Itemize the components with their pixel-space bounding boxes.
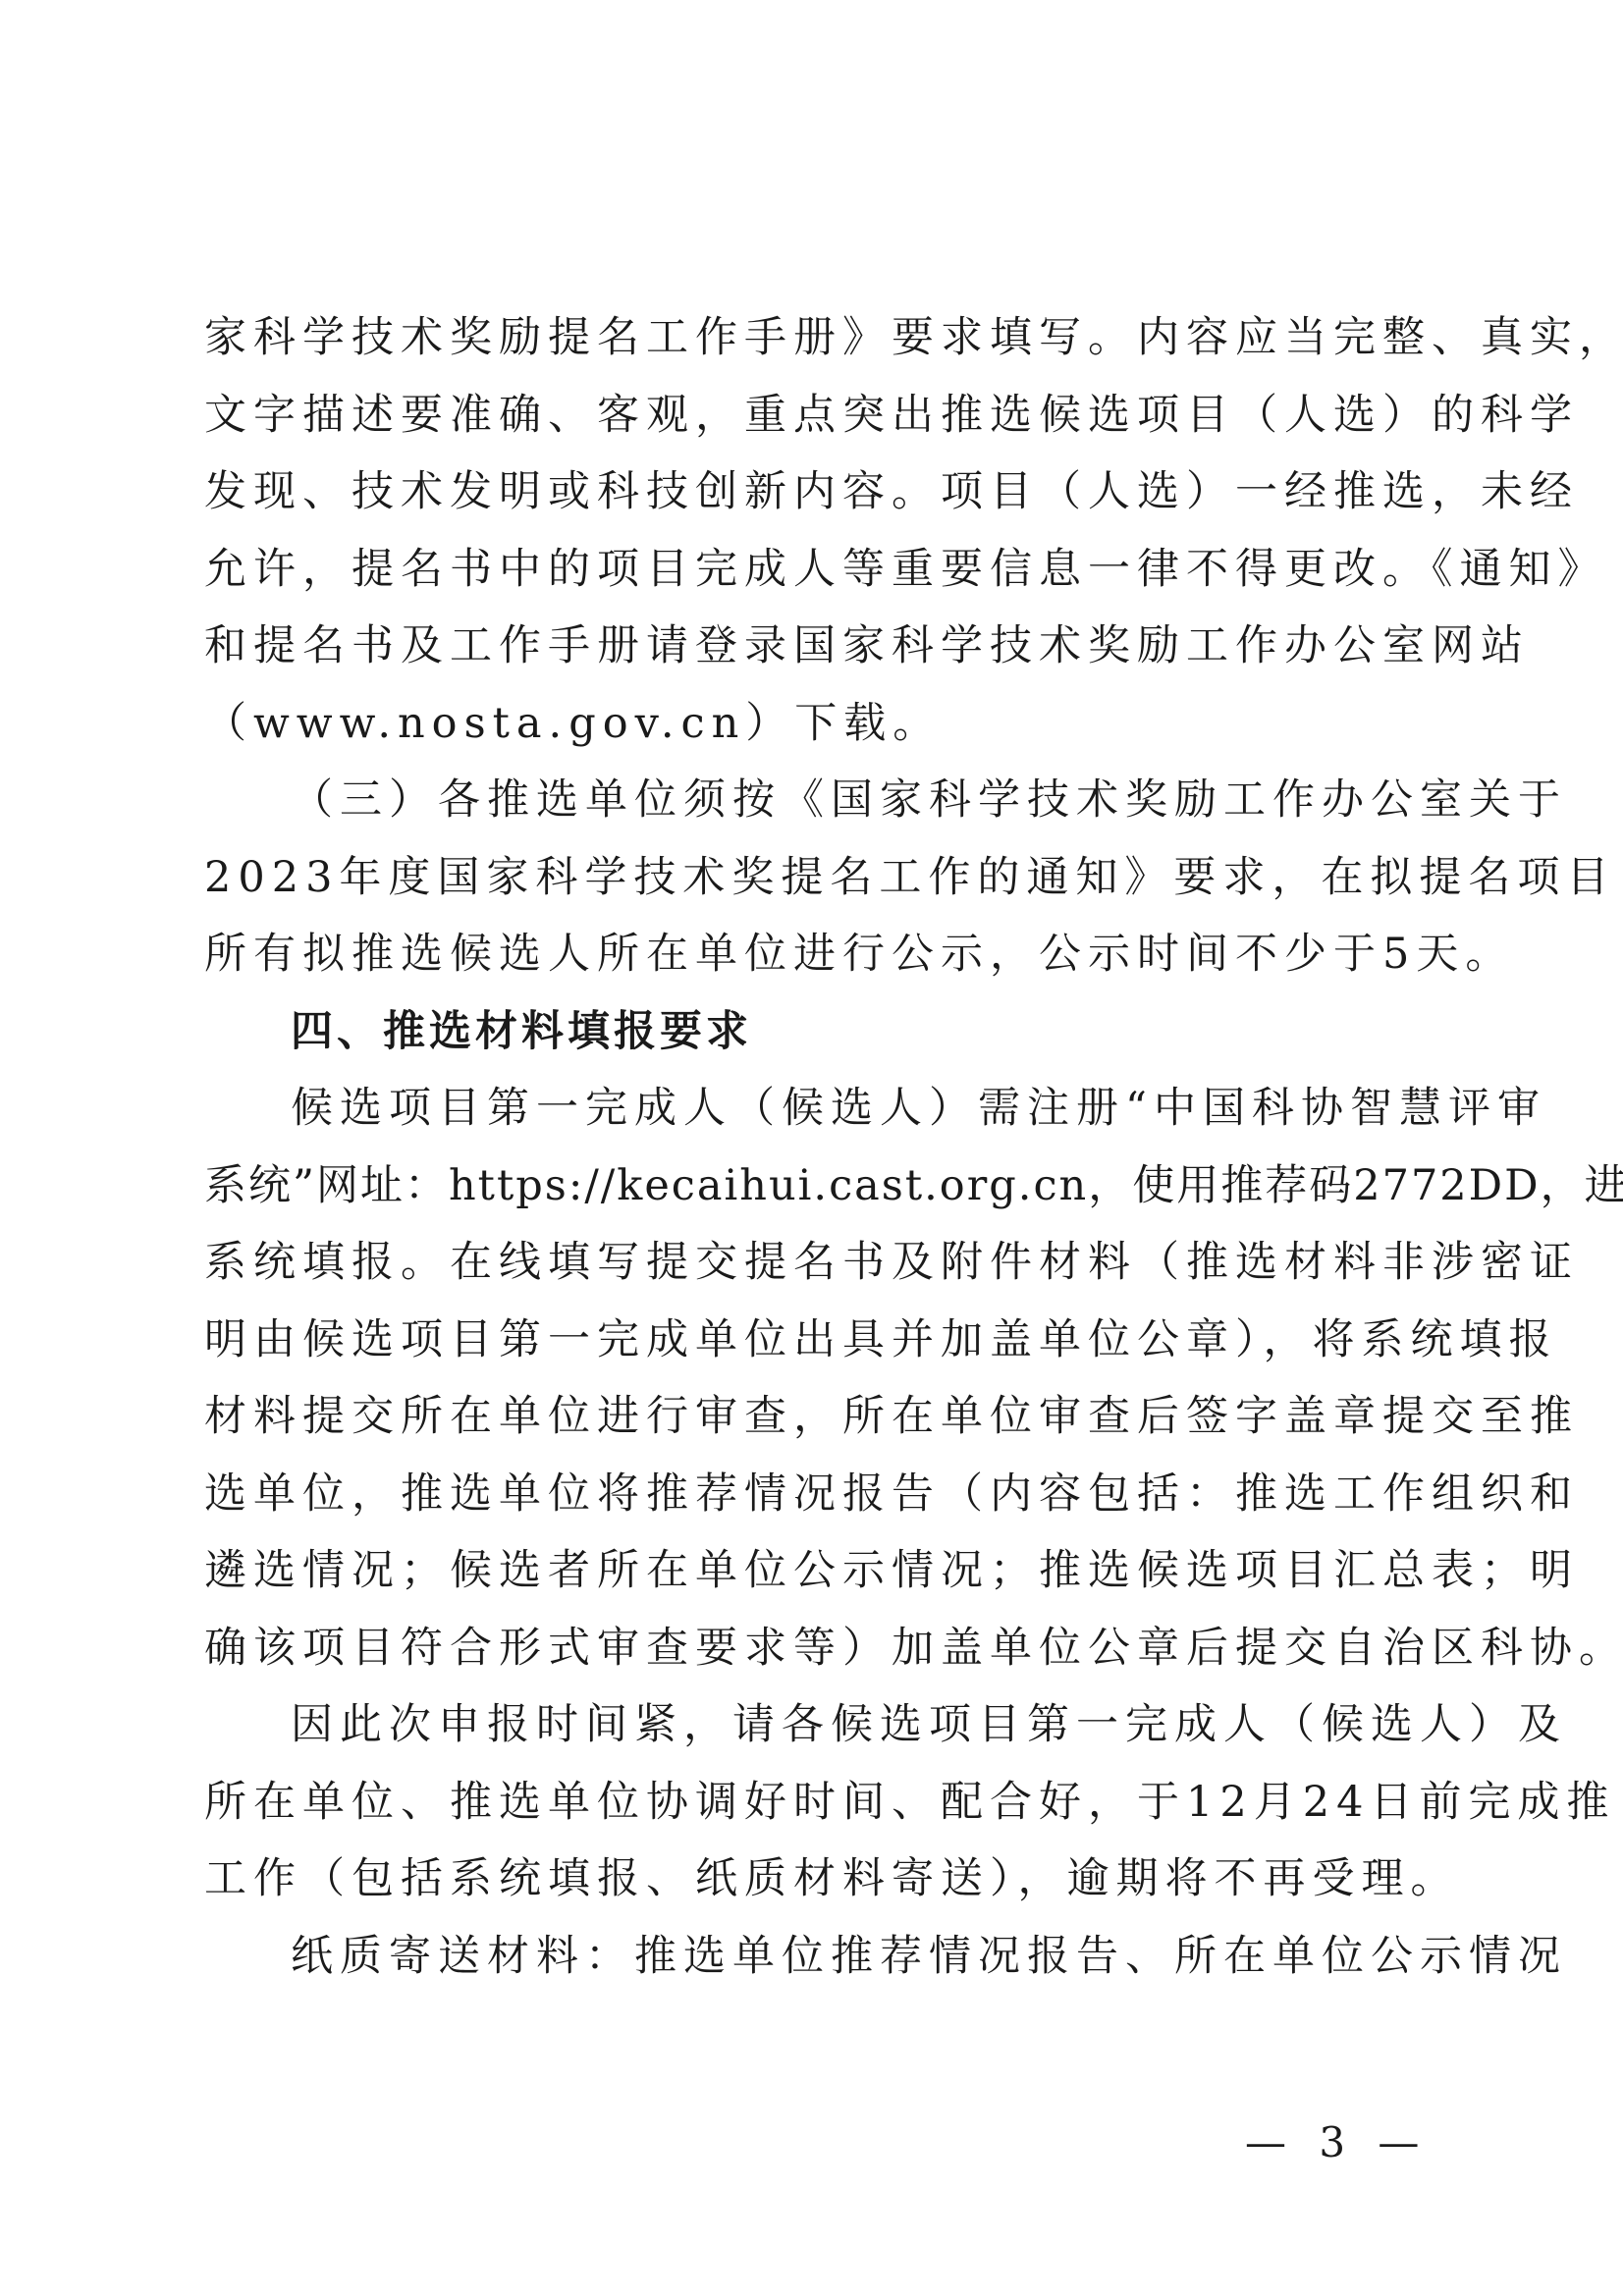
text-line: 2023年度国家科学技术奖提名工作的通知》要求，在拟提名项目 (204, 839, 1379, 917)
text-line: 家科学技术奖励提名工作手册》要求填写。内容应当完整、真实， (204, 299, 1379, 377)
text-line: 发现、技术发明或科技创新内容。项目（人选）一经推选，未经 (204, 454, 1379, 531)
text-line: 工作（包括系统填报、纸质材料寄送），逾期将不再受理。 (204, 1841, 1379, 1918)
text-line: 允许，提名书中的项目完成人等重要信息一律不得更改。《通知》 (204, 531, 1379, 609)
text-line: 遴选情况；候选者所在单位公示情况；推选候选项目汇总表；明 (204, 1532, 1379, 1610)
text-line: 选单位，推选单位将推荐情况报告（内容包括：推选工作组织和 (204, 1456, 1379, 1533)
text-line: 系统”网址：https://kecaihui.cast.org.cn，使用推荐码… (204, 1148, 1379, 1225)
text-line: （www.nosta.gov.cn）下载。 (204, 685, 1379, 763)
paragraph-start-line: （三）各推选单位须按《国家科学技术奖励工作办公室关于 (204, 762, 1379, 839)
text-line: 材料提交所在单位进行审查，所在单位审查后签字盖章提交至推 (204, 1378, 1379, 1456)
text-line: 明由候选项目第一完成单位出具并加盖单位公章），将系统填报 (204, 1302, 1379, 1379)
text-line: 文字描述要准确、客观，重点突出推选候选项目（人选）的科学 (204, 377, 1379, 454)
text-line: 所有拟推选候选人所在单位进行公示，公示时间不少于5天。 (204, 916, 1379, 993)
section-heading: 四、推选材料填报要求 (204, 993, 1379, 1071)
document-page: 家科学技术奖励提名工作手册》要求填写。内容应当完整、真实， 文字描述要准确、客观… (0, 0, 1623, 2296)
paragraph-start-line: 候选项目第一完成人（候选人）需注册“中国科协智慧评审 (204, 1070, 1379, 1148)
text-line: 所在单位、推选单位协调好时间、配合好，于12月24日前完成推 (204, 1764, 1379, 1842)
body-text: 家科学技术奖励提名工作手册》要求填写。内容应当完整、真实， 文字描述要准确、客观… (204, 299, 1379, 1995)
text-line: 确该项目符合形式审查要求等）加盖单位公章后提交自治区科协。 (204, 1610, 1379, 1687)
text-line: 和提名书及工作手册请登录国家科学技术奖励工作办公室网站 (204, 608, 1379, 685)
text-line: 系统填报。在线填写提交提名书及附件材料（推选材料非涉密证 (204, 1224, 1379, 1302)
page-number: — 3 — (1245, 2118, 1429, 2166)
paragraph-start-line: 纸质寄送材料：推选单位推荐情况报告、所在单位公示情况 (204, 1918, 1379, 1996)
paragraph-start-line: 因此次申报时间紧，请各候选项目第一完成人（候选人）及 (204, 1686, 1379, 1764)
